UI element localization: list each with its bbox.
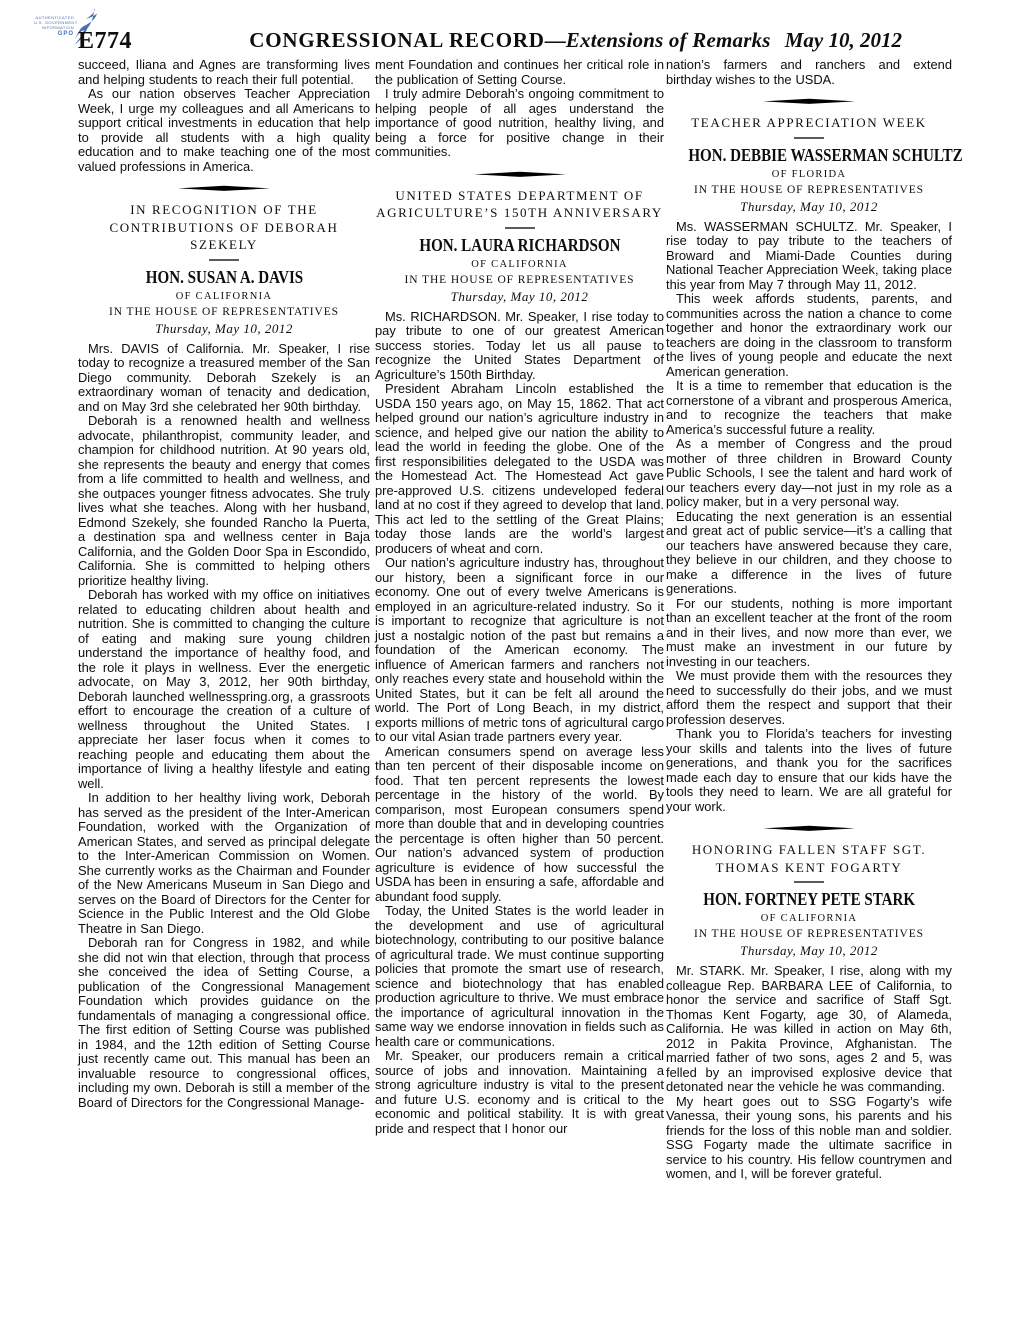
paragraph: nation’s farmers and ranchers and extend… bbox=[666, 58, 952, 87]
article-separator-icon bbox=[666, 825, 952, 832]
paragraph: succeed, Iliana and Agnes are transformi… bbox=[78, 58, 370, 87]
paragraph: Thank you to Florida’s teachers for inve… bbox=[666, 727, 952, 814]
section-name: Extensions of Remarks bbox=[566, 28, 771, 52]
article-title: TEACHER APPRECIATION WEEK bbox=[666, 114, 952, 132]
member-chamber: IN THE HOUSE OF REPRESENTATIVES bbox=[666, 183, 952, 197]
paragraph: Educating the next generation is an esse… bbox=[666, 510, 952, 597]
member-name: HON. FORTNEY PETE STARK bbox=[666, 889, 952, 910]
speech-date: Thursday, May 10, 2012 bbox=[666, 199, 952, 215]
title-rule bbox=[794, 137, 824, 139]
paragraph: ment Foundation and continues her critic… bbox=[375, 58, 664, 87]
paragraph: In addition to her healthy living work, … bbox=[78, 791, 370, 936]
paragraph: This week affords students, parents, and… bbox=[666, 292, 952, 379]
speech-date: Thursday, May 10, 2012 bbox=[375, 289, 664, 305]
paragraph: Our nation’s agriculture industry has, t… bbox=[375, 556, 664, 745]
member-name: HON. SUSAN A. DAVIS bbox=[78, 267, 370, 288]
member-chamber: IN THE HOUSE OF REPRESENTATIVES bbox=[666, 927, 952, 941]
member-name: HON. DEBBIE WASSERMAN SCHULTZ bbox=[666, 145, 952, 166]
paragraph: It is a time to remember that education … bbox=[666, 379, 952, 437]
paragraph: As our nation observes Teacher Appreciat… bbox=[78, 87, 370, 174]
paragraph: Mr. Speaker, our producers remain a crit… bbox=[375, 1049, 664, 1136]
paragraph: Mr. STARK. Mr. Speaker, I rise, along wi… bbox=[666, 964, 952, 1095]
member-name-text: HON. SUSAN A. DAVIS bbox=[145, 267, 302, 288]
column-3: nation’s farmers and ranchers and extend… bbox=[666, 58, 952, 1182]
column-2: ment Foundation and continues her critic… bbox=[375, 58, 664, 1136]
paragraph: Today, the United States is the world le… bbox=[375, 904, 664, 1049]
paragraph: I truly admire Deborah’s ongoing commitm… bbox=[375, 87, 664, 160]
paragraph: Ms. WASSERMAN SCHULTZ. Mr. Speaker, I ri… bbox=[666, 220, 952, 293]
member-state: OF CALIFORNIA bbox=[78, 290, 370, 303]
member-name-text: HON. DEBBIE WASSERMAN SCHULTZ bbox=[688, 145, 962, 166]
article-title: HONORING FALLEN STAFF SGT. THOMAS KENT F… bbox=[666, 841, 952, 876]
paragraph: My heart goes out to SSG Fogarty’s wife … bbox=[666, 1095, 952, 1182]
title-rule bbox=[209, 259, 239, 261]
paragraph: Ms. RICHARDSON. Mr. Speaker, I rise toda… bbox=[375, 310, 664, 383]
member-state: OF CALIFORNIA bbox=[666, 912, 952, 925]
congressional-record-page: AUTHENTICATED U.S. GOVERNMENT INFORMATIO… bbox=[0, 0, 1020, 1320]
member-state: OF FLORIDA bbox=[666, 168, 952, 181]
article-separator-icon bbox=[375, 171, 664, 178]
title-rule bbox=[794, 881, 824, 883]
journal-name: CONGRESSIONAL RECORD bbox=[249, 28, 544, 52]
member-name: HON. LAURA RICHARDSON bbox=[375, 235, 664, 256]
article-separator-icon bbox=[78, 185, 370, 192]
article-title: IN RECOGNITION OF THE CONTRIBUTIONS OF D… bbox=[78, 201, 370, 254]
speech-date: Thursday, May 10, 2012 bbox=[666, 943, 952, 959]
paragraph: Deborah is a renowned health and wellnes… bbox=[78, 414, 370, 588]
column-1: succeed, Iliana and Agnes are transformi… bbox=[78, 58, 370, 1110]
paragraph: For our students, nothing is more import… bbox=[666, 597, 952, 670]
member-name-text: HON. LAURA RICHARDSON bbox=[419, 235, 620, 256]
member-state: OF CALIFORNIA bbox=[375, 258, 664, 271]
paragraph: Mrs. DAVIS of California. Mr. Speaker, I… bbox=[78, 342, 370, 415]
member-chamber: IN THE HOUSE OF REPRESENTATIVES bbox=[78, 305, 370, 319]
paragraph: Deborah has worked with my office on ini… bbox=[78, 588, 370, 791]
paragraph: American consumers spend on average less… bbox=[375, 745, 664, 905]
running-head-dash: — bbox=[545, 28, 566, 52]
paragraph: Deborah ran for Congress in 1982, and wh… bbox=[78, 936, 370, 1110]
speech-date: Thursday, May 10, 2012 bbox=[78, 321, 370, 337]
paragraph: President Abraham Lincoln established th… bbox=[375, 382, 664, 556]
title-rule bbox=[505, 227, 535, 229]
member-name-text: HON. FORTNEY PETE STARK bbox=[703, 889, 915, 910]
paragraph: We must provide them with the resources … bbox=[666, 669, 952, 727]
article-separator-icon bbox=[666, 98, 952, 105]
paragraph: As a member of Congress and the proud mo… bbox=[666, 437, 952, 510]
member-chamber: IN THE HOUSE OF REPRESENTATIVES bbox=[375, 273, 664, 287]
article-title: UNITED STATES DEPARTMENT OF AGRICULTURE’… bbox=[375, 187, 664, 222]
running-head-date: May 10, 2012 bbox=[785, 28, 902, 53]
